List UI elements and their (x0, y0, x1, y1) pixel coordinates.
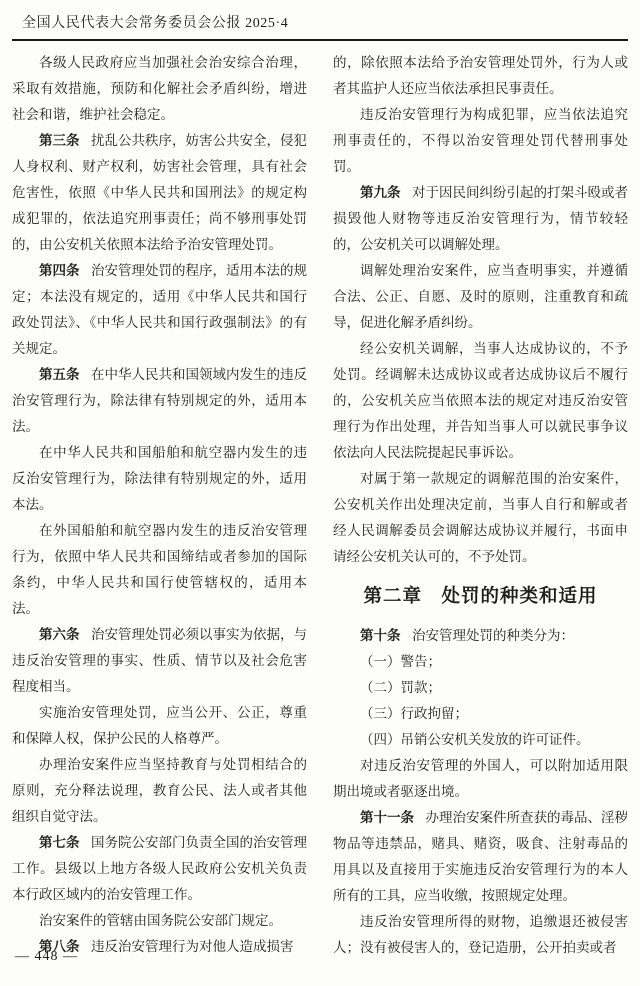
paragraph: 经公安机关调解，当事人达成协议的，不予处罚。经调解未达成协议或者达成协议后不履行… (333, 336, 628, 466)
paragraph: 在外国船舶和航空器内发生的违反治安管理行为，依照中华人民共和国缔结或者参加的国际… (12, 518, 307, 622)
list-item: （三）行政拘留； (333, 701, 628, 727)
list-item: （四）吊销公安机关发放的许可证件。 (333, 727, 628, 753)
paragraph: 实施治安管理处罚，应当公开、公正，尊重和保障人权，保护公民的人格尊严。 (12, 700, 307, 752)
paragraph: 对违反治安管理的外国人，可以附加适用限期出境或者驱逐出境。 (333, 753, 628, 805)
paragraph-text: （四）吊销公安机关发放的许可证件。 (360, 732, 590, 747)
paragraph-text: 在外国船舶和航空器内发生的违反治安管理行为，依照中华人民共和国缔结或者参加的国际… (12, 523, 307, 616)
paragraph-text: 对属于第一款规定的调解范围的治安案件，公安机关作出处理决定前，当事人自行和解或者… (333, 471, 628, 564)
paragraph: 办理治安案件应当坚持教育与处罚相结合的原则，充分释法说理，教育公民、法人或者其他… (12, 752, 307, 830)
paragraph-text: 经公安机关调解，当事人达成协议的，不予处罚。经调解未达成协议或者达成协议后不履行… (333, 341, 628, 460)
paragraph: 第四条治安管理处罚的程序，适用本法的规定；本法没有规定的，适用《中华人民共和国行… (12, 258, 307, 362)
list-item: （二）罚款； (333, 675, 628, 701)
gazette-page: 全国人民代表大会常务委员会公报 2025·4 各级人民政府应当加强社会治安综合治… (0, 0, 640, 986)
paragraph: 第六条治安管理处罚必须以事实为依据，与违反治安管理的事实、性质、情节以及社会危害… (12, 622, 307, 700)
paragraph: 违反治安管理行为构成犯罪，应当依法追究刑事责任的，不得以治安管理处罚代替刑事处罚… (333, 102, 628, 180)
paragraph: 第十一条办理治安案件所查获的毒品、淫秽物品等违禁品，赌具、赌资，吸食、注射毒品的… (333, 805, 628, 909)
paragraph-text: （三）行政拘留； (360, 706, 468, 721)
paragraph-text: 扰乱公共秩序，妨害公共安全，侵犯人身权利、财产权利，妨害社会管理，具有社会危害性… (12, 133, 307, 252)
paragraph-text: 办理治安案件应当坚持教育与处罚相结合的原则，充分释法说理，教育公民、法人或者其他… (12, 757, 307, 824)
article-number: 第三条 (39, 133, 80, 148)
chapter-heading: 第二章 处罚的种类和适用 (333, 582, 628, 610)
paragraph-text: 对违反治安管理的外国人，可以附加适用限期出境或者驱逐出境。 (333, 758, 628, 799)
paragraph: 各级人民政府应当加强社会治安综合治理，采取有效措施，预防和化解社会矛盾纠纷，增进… (12, 50, 307, 128)
paragraph-text: 违反治安管理行为构成犯罪，应当依法追究刑事责任的，不得以治安管理处罚代替刑事处罚… (333, 107, 628, 174)
page-number: — 448 — (15, 949, 78, 965)
paragraph: 违反治安管理所得的财物，追缴退还被侵害人；没有被侵害人的，登记造册，公开拍卖或者 (333, 909, 628, 961)
article-number: 第六条 (39, 627, 80, 642)
paragraph-continuation: 的，除依照本法给予治安管理处罚外，行为人或者其监护人还应当依法承担民事责任。 (333, 50, 628, 102)
paragraph: 对属于第一款规定的调解范围的治安案件，公安机关作出处理决定前，当事人自行和解或者… (333, 466, 628, 570)
paragraph-text: 违反治安管理行为对他人造成损害 (91, 939, 294, 954)
article-number: 第四条 (39, 263, 80, 278)
article-number: 第七条 (39, 835, 80, 850)
list-item: （一）警告； (333, 649, 628, 675)
running-head-title: 全国人民代表大会常务委员会公报 2025·4 (12, 10, 628, 41)
paragraph: 调解处理治安案件，应当查明事实，并遵循合法、公正、自愿、及时的原则，注重教育和疏… (333, 258, 628, 336)
right-column: 的，除依照本法给予治安管理处罚外，行为人或者其监护人还应当依法承担民事责任。 违… (333, 50, 628, 961)
paragraph-text: 在中华人民共和国船舶和航空器内发生的违反治安管理行为，除法律有特别规定的外，适用… (12, 445, 307, 512)
paragraph-text: 治安管理处罚的种类分为： (412, 628, 574, 643)
paragraph-text: （一）警告； (360, 654, 441, 669)
article-number: 第九条 (360, 185, 401, 200)
paragraph: 第十条治安管理处罚的种类分为： (333, 623, 628, 649)
paragraph-text: 各级人民政府应当加强社会治安综合治理，采取有效措施，预防和化解社会矛盾纠纷，增进… (12, 55, 307, 122)
paragraph-text: 调解处理治安案件，应当查明事实，并遵循合法、公正、自愿、及时的原则，注重教育和疏… (333, 263, 628, 330)
paragraph-text: 实施治安管理处罚，应当公开、公正，尊重和保障人权，保护公民的人格尊严。 (12, 705, 307, 746)
paragraph: 治安案件的管辖由国务院公安部门规定。 (12, 908, 307, 934)
paragraph-text: 的，除依照本法给予治安管理处罚外，行为人或者其监护人还应当依法承担民事责任。 (333, 55, 628, 96)
paragraph-text: 治安案件的管辖由国务院公安部门规定。 (39, 913, 282, 928)
article-number: 第五条 (39, 367, 80, 382)
article-number: 第十一条 (360, 810, 414, 825)
left-column: 各级人民政府应当加强社会治安综合治理，采取有效措施，预防和化解社会矛盾纠纷，增进… (12, 50, 307, 961)
paragraph: 第七条国务院公安部门负责全国的治安管理工作。县级以上地方各级人民政府公安机关负责… (12, 830, 307, 908)
paragraph-text: （二）罚款； (360, 680, 441, 695)
paragraph-text: 违反治安管理所得的财物，追缴退还被侵害人；没有被侵害人的，登记造册，公开拍卖或者 (333, 914, 628, 955)
paragraph: 第五条在中华人民共和国领域内发生的违反治安管理行为，除法律有特别规定的外，适用本… (12, 362, 307, 440)
article-number: 第十条 (360, 628, 401, 643)
paragraph: 第九条对于因民间纠纷引起的打架斗殴或者损毁他人财物等违反治安管理行为，情节较轻的… (333, 180, 628, 258)
two-column-text: 各级人民政府应当加强社会治安综合治理，采取有效措施，预防和化解社会矛盾纠纷，增进… (12, 50, 628, 961)
paragraph: 在中华人民共和国船舶和航空器内发生的违反治安管理行为，除法律有特别规定的外，适用… (12, 440, 307, 518)
paragraph: 第三条扰乱公共秩序，妨害公共安全，侵犯人身权利、财产权利，妨害社会管理，具有社会… (12, 128, 307, 258)
